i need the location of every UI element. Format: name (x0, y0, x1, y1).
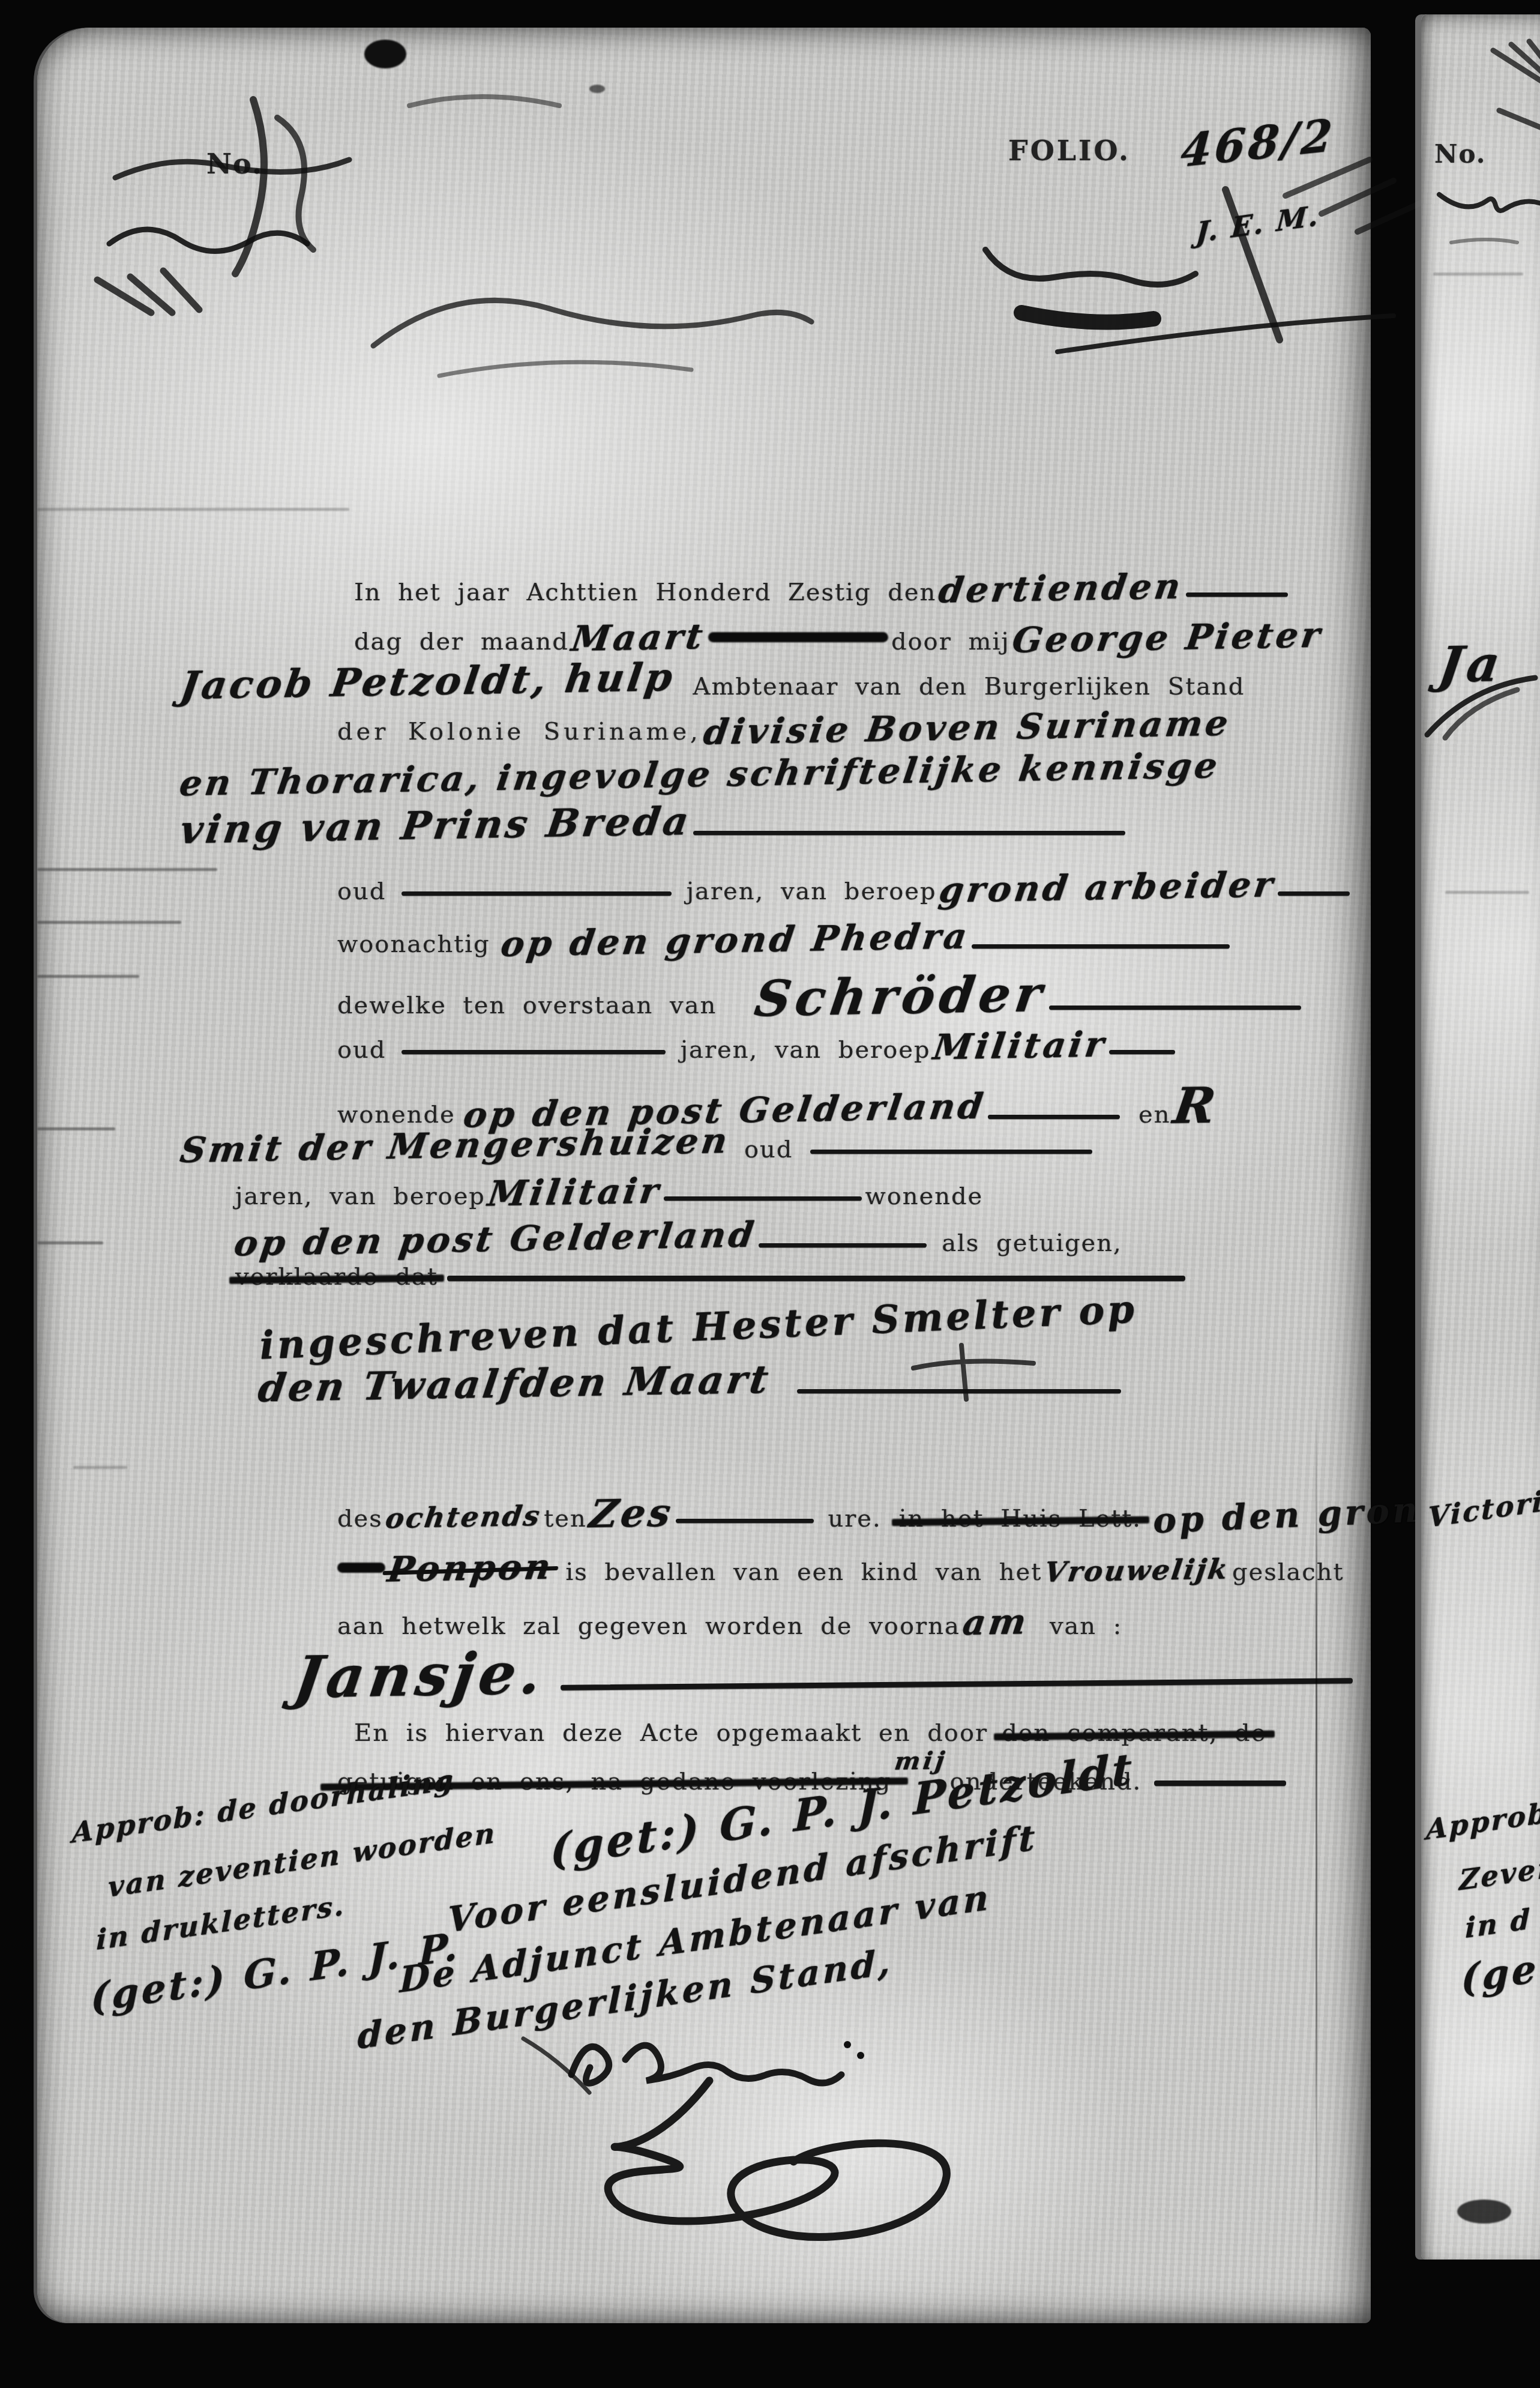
blank-line (988, 1115, 1120, 1119)
fragment-handwriting: Approbo: (1426, 1792, 1540, 1847)
handwritten-entry: Jacob Petzoldt, hulp (178, 655, 678, 708)
handwritten-entry: op den grond (1152, 1488, 1449, 1542)
printed-text: ten (544, 1505, 587, 1533)
bleed-mark (1445, 891, 1529, 894)
printed-text: aan hetwelk zal gegeven worden de voorna (337, 1612, 960, 1640)
handwritten-entry: R (1170, 1076, 1224, 1135)
printed-text: jaren, van beroep (681, 1036, 931, 1064)
struck-text: verklaarde dat (235, 1263, 438, 1291)
blank-line (693, 831, 1125, 835)
scribble-right-top (1457, 38, 1540, 194)
blank-line (1109, 1050, 1175, 1054)
fragment-handwriting: in d (1465, 1902, 1532, 1944)
printed-text: oud (337, 878, 386, 905)
blank-line (1049, 1006, 1301, 1010)
blank-line (810, 1150, 1092, 1154)
bleed-mark (37, 508, 349, 511)
correction-cross-mark (889, 1339, 1045, 1411)
handwritten-entry: op den grond Phedra (498, 915, 972, 965)
blank-line (972, 944, 1230, 948)
printed-text: des (337, 1505, 383, 1533)
handwritten-entry: op den post Gelderland (232, 1214, 759, 1264)
printed-text: en (1138, 1101, 1170, 1129)
bleed-mark (37, 1127, 115, 1130)
bleed-mark (37, 975, 139, 978)
bleed-mark (37, 868, 217, 871)
strike-line (1154, 1780, 1286, 1786)
folio-number: 468/2 (1179, 109, 1337, 178)
printed-text: oud (337, 1036, 386, 1064)
handwritten-entry: den Twaalfden Maart (256, 1357, 774, 1411)
handwritten-entry: Zes (586, 1491, 676, 1537)
fragment-handwriting: (ge (1461, 1946, 1539, 2002)
printed-text: oud (744, 1136, 793, 1163)
handwritten-entry: Maart (569, 616, 708, 659)
register-page-left: No. FOLIO. 468/2 J. E. M. In het jaar Ac… (37, 28, 1371, 2323)
bleed-mark (1433, 273, 1523, 276)
printed-text: der Kolonie Suriname, (337, 718, 702, 746)
fragment-flourish (1421, 669, 1540, 753)
scanned-register-photo: { "doc": { "left": { "no_label": "No.", … (0, 0, 1540, 2388)
handwritten-entry: Militair (486, 1170, 664, 1214)
printed-text: door mij (891, 628, 1010, 656)
register-page-right: No. Ja Victoria Approbo: Zeven in d (ge (1421, 14, 1540, 2260)
blank-line (402, 1050, 666, 1054)
official-signature-flourish (373, 2003, 1033, 2255)
struck-text: in het Huis Lett. (899, 1505, 1141, 1533)
blank-line (561, 1678, 1353, 1690)
printed-text: woonachtig (337, 930, 490, 958)
printed-text: In het jaar Achttien Honderd Zestig den (354, 579, 936, 606)
printed-text: geslacht (1232, 1558, 1344, 1586)
handwritten-entry: ving van Prins Breda (178, 799, 694, 853)
printed-text: dewelke ten overstaan van (337, 992, 717, 1019)
blank-line (676, 1519, 814, 1523)
printed-text: als getuigen, (942, 1229, 1122, 1257)
printed-text: wonende (865, 1183, 983, 1210)
handwritten-entry: Vrouwelijk (1042, 1552, 1232, 1588)
handwritten-entry: Schröder (751, 965, 1050, 1028)
ink-stain (589, 85, 605, 93)
ink-stain (364, 40, 406, 68)
printed-text: is bevallen van een kind van het (566, 1558, 1042, 1586)
scribble-center (349, 256, 829, 412)
printed-text: ure. (828, 1505, 881, 1533)
page-crease (1316, 1408, 1317, 2249)
handwritten-entry: en Thorarica, ingevolge schriftelijke ke… (177, 745, 1223, 804)
printed-text: dag der maand (354, 628, 569, 656)
blank-line (402, 891, 672, 896)
bleed-mark (73, 1466, 127, 1469)
handwritten-entry: Ponpon (385, 1546, 556, 1590)
blank-line (1278, 891, 1350, 896)
strike-line (447, 1276, 1185, 1281)
handwritten-entry: Militair (930, 1024, 1109, 1067)
handwritten-entry: divisie Boven Suriname (701, 702, 1233, 752)
blank-line (664, 1196, 862, 1201)
blank-line (1186, 592, 1288, 597)
blank-line (759, 1243, 927, 1247)
printed-text: En is hiervan deze Acte opgemaakt en doo… (354, 1719, 988, 1747)
printed-text: van : (1050, 1612, 1122, 1640)
handwritten-entry: dertienden (936, 565, 1186, 611)
handwritten-entry: ochtends (383, 1500, 543, 1534)
handwritten-entry: Smit der Mengershuizen (178, 1120, 733, 1171)
handwritten-entry: grond arbeider (936, 864, 1278, 911)
folio-label: FOLIO. (1008, 134, 1131, 167)
printed-text: Ambtenaar van den Burgerlijken Stand (693, 673, 1245, 701)
ink-stain (1457, 2200, 1511, 2224)
handwritten-entry: am (960, 1601, 1032, 1643)
fragment-handwriting: Victoria (1428, 1482, 1540, 1534)
fragment-handwriting: Zeven (1459, 1850, 1540, 1897)
strikethrough-blot (708, 632, 888, 642)
child-name-entry: Jansje. (290, 1639, 550, 1711)
strikethrough-blot (337, 1563, 385, 1573)
bleed-mark (37, 1241, 103, 1244)
handwritten-entry: George Pieter (1009, 615, 1325, 661)
folio-underline-flourish (973, 178, 1454, 370)
printed-text: jaren, van beroep (687, 878, 937, 905)
bleed-mark (37, 921, 181, 924)
printed-text: jaren, van beroep (235, 1183, 486, 1210)
